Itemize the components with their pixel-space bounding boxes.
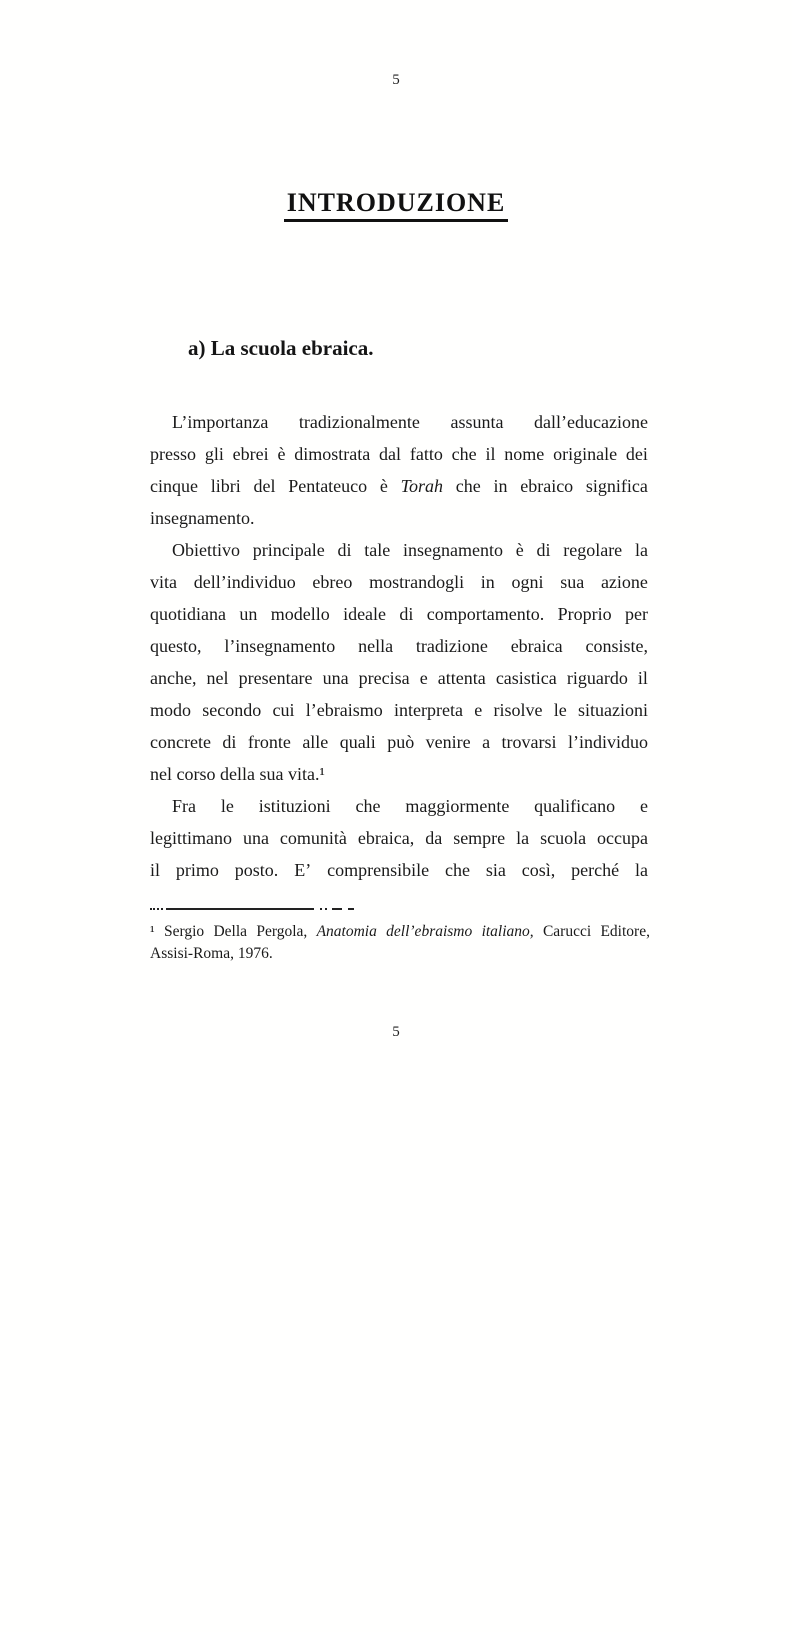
word: di [399,598,413,630]
word: consiste, [585,630,648,662]
word: dall’educazione [534,406,648,438]
word: le [554,694,567,726]
page-number-bottom: 5 [0,1024,792,1041]
word: Editore, [600,921,650,943]
text-line: questo,l’insegnamentonellatradizioneebra… [150,630,648,662]
word: comportamento. [427,598,544,630]
word: per [625,598,648,630]
word: comprensibile [327,854,429,886]
word: mostrandogli [369,566,464,598]
word: qualificano [534,790,615,822]
word: casistica [496,662,557,694]
text-line: quotidianaunmodelloidealedicomportamento… [150,598,648,630]
word: fatto [410,438,443,470]
word: risolve [493,694,542,726]
text-line: anche,nelpresentareunaprecisaeattentacas… [150,662,648,694]
word: l’individuo [568,726,648,758]
text-line: concretedifronteallequalipuòvenireatrova… [150,726,648,758]
text-line: cinquelibridelPentateucoèTorahcheinebrai… [150,470,648,502]
word: l’ebraismo [306,694,383,726]
word: quotidiana [150,598,226,630]
word: quali [340,726,376,758]
footnote-rule-dots [150,908,163,910]
word: presso [150,438,196,470]
word: e [640,790,648,822]
word: insegnamento [403,534,503,566]
text-line: Obiettivoprincipaleditaleinsegnamentoèdi… [150,534,648,566]
word: così, [522,854,556,886]
word: è [516,534,524,566]
word: sempre [453,822,505,854]
word: vita [150,566,177,598]
word: che [445,854,470,886]
word: situazioni [578,694,648,726]
text-line: ilprimoposto.E’comprensibilechesiacosì,p… [150,854,648,886]
text-line: L’importanzatradizionalmenteassuntadall’… [150,406,648,438]
word: modello [271,598,330,630]
word: del [253,470,275,502]
word: posto. [235,854,279,886]
page-number-top: 5 [0,72,792,89]
footnote-rule-dash [320,908,327,910]
word: Proprio [558,598,612,630]
word: L’importanza [172,406,268,438]
text-line: insegnamento. [150,502,648,534]
word: in [493,470,507,502]
word: Carucci [543,921,591,943]
word: Della [213,921,247,943]
word: è [380,470,388,502]
word: che [456,470,481,502]
word: Pergola, [256,921,307,943]
text-line: Assisi-Roma, 1976. [150,943,650,965]
text-segment: nel corso della sua vita.¹ [150,764,329,784]
word: ebrei [233,438,269,470]
word: tale [364,534,390,566]
word: Anatomia [317,921,377,943]
body-text: L’importanzatradizionalmenteassuntadall’… [150,406,648,886]
text-line: Fraleistituzionichemaggiormentequalifica… [150,790,648,822]
word: ebraica [511,630,563,662]
text-line: vitadell’individuoebreomostrandogliinogn… [150,566,648,598]
word: cinque [150,470,198,502]
document-page: 5 INTRODUZIONE a) La scuola ebraica. L’i… [0,0,792,1632]
word: ¹ [150,921,155,943]
word: dei [626,438,648,470]
text-line: legittimanounacomunitàebraica,dasemprela… [150,822,648,854]
word: alle [302,726,328,758]
word: un [239,598,257,630]
word: modo [150,694,191,726]
word: libri [211,470,241,502]
word: presentare [239,662,313,694]
chapter-title-wrap: INTRODUZIONE [0,188,792,222]
word: regolare [563,534,622,566]
word: riguardo [567,662,628,694]
word: che [452,438,477,470]
text-line: pressogliebreièdimostratadalfattocheilno… [150,438,648,470]
word: Fra [172,790,196,822]
word: e [474,694,482,726]
word: dell’ebraismo [386,921,472,943]
word: la [635,534,648,566]
word: nome [504,438,544,470]
word: in [481,566,495,598]
word: ideale [343,598,386,630]
word: tradizionalmente [299,406,420,438]
footnote-rule-dash [348,908,354,910]
word: ebraico [520,470,573,502]
word: ogni [512,566,544,598]
word: una [243,822,269,854]
word: attenta [438,662,486,694]
word: secondo [202,694,261,726]
word: dal [379,438,401,470]
word: a [482,726,490,758]
word: nella [358,630,393,662]
word: trovarsi [502,726,557,758]
word: perché [571,854,619,886]
word: interpreta [394,694,463,726]
word: che [356,790,381,822]
word: la [635,854,648,886]
word: una [323,662,349,694]
footnote: ¹SergioDellaPergola,Anatomiadell’ebraism… [150,921,650,965]
section-heading: a) La scuola ebraica. [188,336,373,361]
word: il [485,438,495,470]
word: e [420,662,428,694]
footnote-rule [150,908,360,911]
text-segment: Assisi-Roma, 1976. [150,945,277,962]
word: anche, [150,662,196,694]
word: l’insegnamento [224,630,335,662]
word: Obiettivo [172,534,240,566]
word: gli [205,438,224,470]
word: questo, [150,630,202,662]
word: Pentateuco [288,470,367,502]
word: significa [586,470,648,502]
word: ebreo [312,566,352,598]
word: principale [253,534,325,566]
word: E’ [294,854,311,886]
word: italiano, [482,921,534,943]
word: di [222,726,236,758]
word: dell’individuo [194,566,296,598]
word: occupa [597,822,648,854]
word: di [337,534,351,566]
word: scuola [540,822,586,854]
word: comunità [280,822,347,854]
word: ebraica, [358,822,414,854]
word: da [425,822,442,854]
text-line: nel corso della sua vita.¹ [150,758,648,790]
word: cui [273,694,295,726]
word: le [221,790,234,822]
word: la [516,822,529,854]
word: Sergio [164,921,204,943]
word: fronte [248,726,291,758]
word: di [536,534,550,566]
text-line: ¹SergioDellaPergola,Anatomiadell’ebraism… [150,921,650,943]
text-segment: insegnamento. [150,508,259,528]
word: dimostrata [294,438,370,470]
word: istituzioni [259,790,331,822]
word: assunta [450,406,503,438]
word: primo [176,854,219,886]
word: venire [426,726,471,758]
word: precisa [359,662,410,694]
word: legittimano [150,822,232,854]
word: azione [601,566,648,598]
word: Torah [401,470,443,502]
footnote-rule-solid [166,908,314,910]
word: sia [486,854,506,886]
chapter-title: INTRODUZIONE [284,188,509,222]
word: il [150,854,160,886]
text-line: modosecondocuil’ebraismointerpretaerisol… [150,694,648,726]
word: il [638,662,648,694]
word: tradizione [416,630,488,662]
word: sua [560,566,584,598]
word: concrete [150,726,211,758]
word: è [277,438,285,470]
footnote-rule-dash [332,908,342,910]
word: originale [553,438,617,470]
word: maggiormente [405,790,509,822]
word: nel [207,662,229,694]
word: può [387,726,414,758]
